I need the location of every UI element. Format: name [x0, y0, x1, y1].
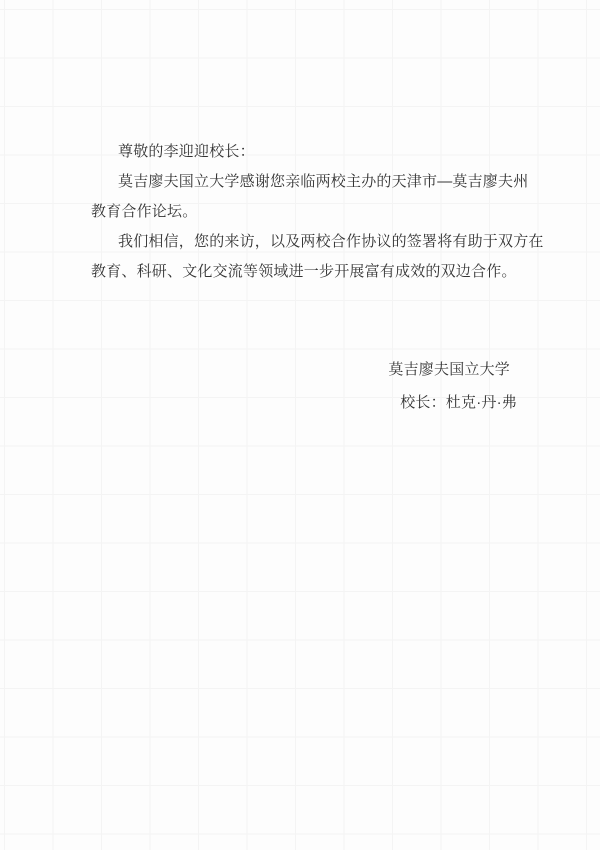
- signature-organization: 莫吉廖夫国立大学: [0, 353, 600, 386]
- letter-body: 尊敬的李迎迎校长： 莫吉廖夫国立大学感谢您亲临两校主办的天津市—莫吉廖夫州 教育…: [91, 137, 517, 287]
- signature-block: 莫吉廖夫国立大学 校长：杜克·丹·弗: [0, 353, 600, 419]
- salutation-line: 尊敬的李迎迎校长：: [91, 137, 517, 167]
- signature-signer: 校长：杜克·丹·弗: [0, 386, 600, 419]
- paragraph-2-line-1: 我们相信，您的来访，以及两校合作协议的签署将有助于双方在: [91, 227, 517, 257]
- paragraph-1-line-2: 教育合作论坛。: [91, 197, 517, 227]
- paragraph-1-line-1: 莫吉廖夫国立大学感谢您亲临两校主办的天津市—莫吉廖夫州: [91, 167, 517, 197]
- paragraph-2-line-2: 教育、科研、文化交流等领域进一步开展富有成效的双边合作。: [91, 257, 517, 287]
